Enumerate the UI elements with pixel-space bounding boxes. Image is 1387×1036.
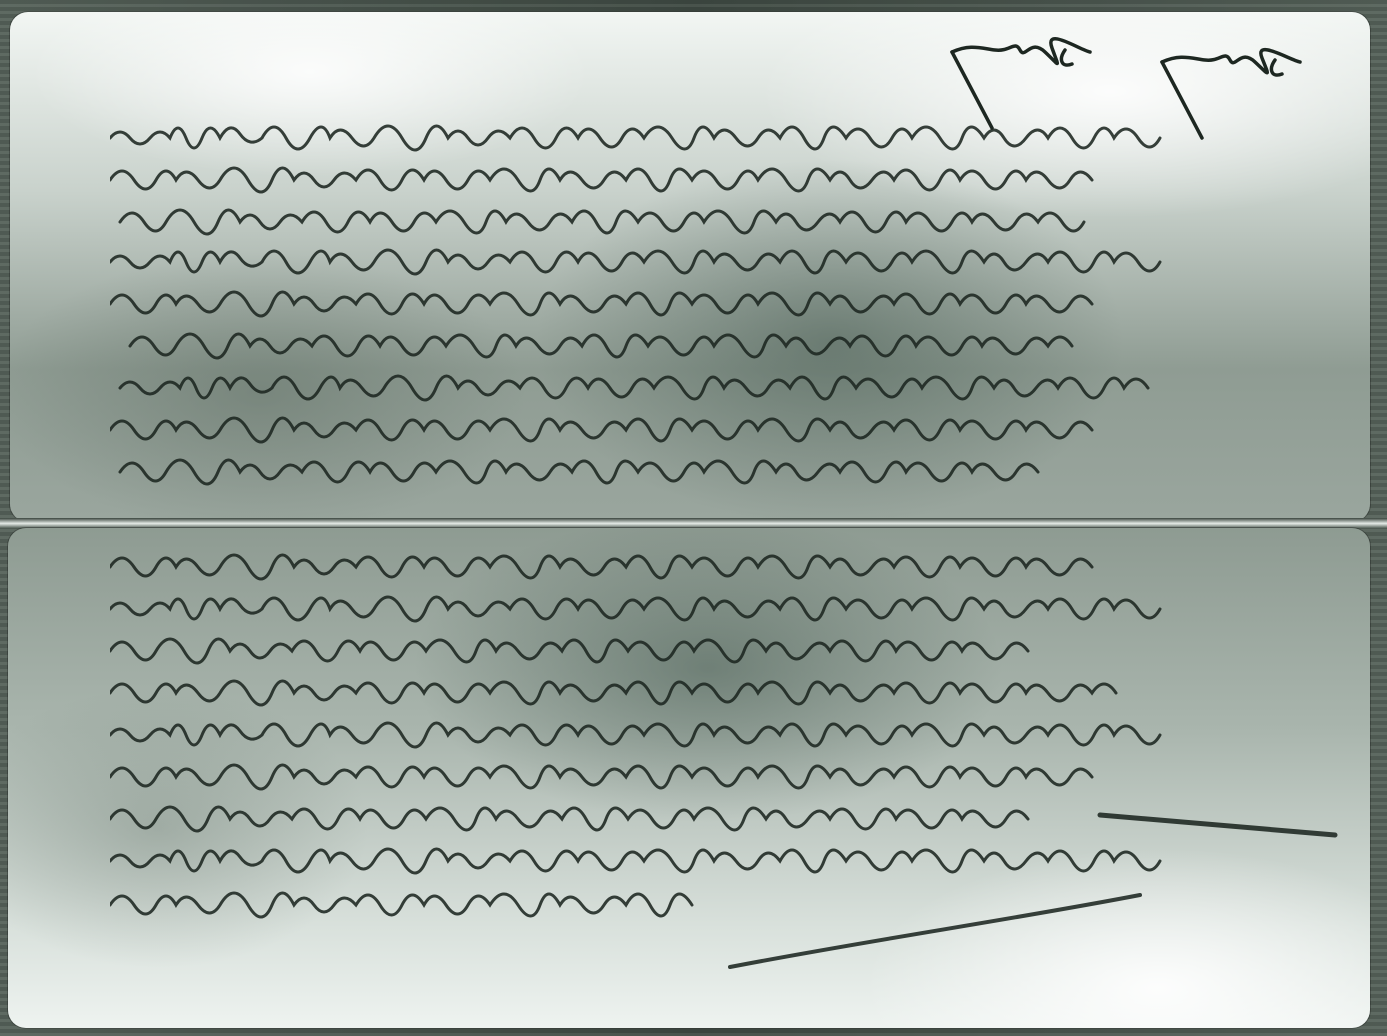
leaf-seam — [0, 518, 1387, 528]
script-lines-bottom-leaf — [110, 545, 1360, 985]
script-lines-top-leaf — [110, 110, 1350, 510]
